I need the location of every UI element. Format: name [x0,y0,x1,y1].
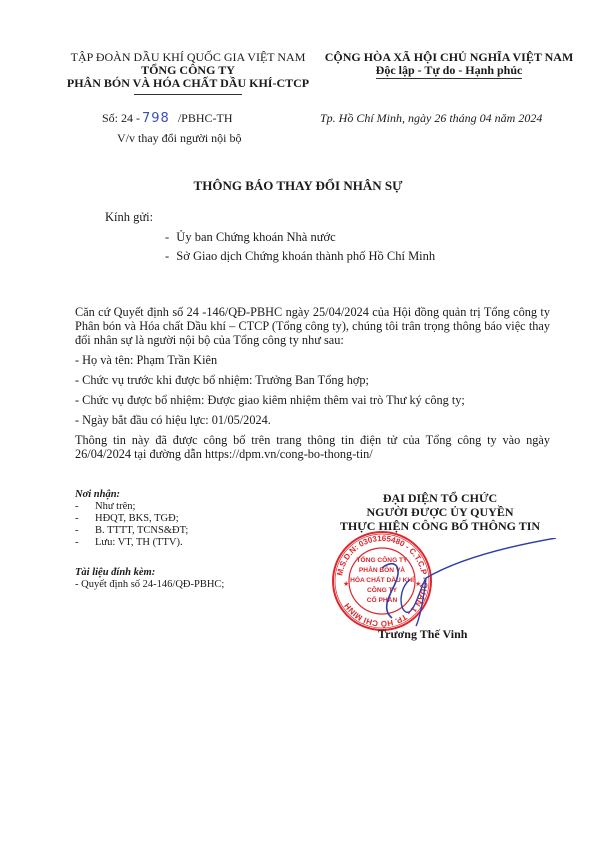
signature-title-line: NGƯỜI ĐƯỢC ỦY QUYỀN [300,505,580,519]
recipient-item: Ủy ban Chứng khoán Nhà nước [165,228,435,247]
attachment-item: - Quyết định số 24-146/QĐ-PBHC; [75,579,224,591]
detail-new-position: - Chức vụ được bổ nhiệm: Được giao kiêm … [75,393,550,407]
document-title: THÔNG BÁO THAY ĐỔI NHÂN SỰ [0,178,596,194]
svg-text:★: ★ [343,580,349,588]
national-header: CỘNG HÒA XÃ HỘI CHỦ NGHĨA VIỆT NAM Độc l… [310,51,588,79]
detail-effective-date: - Ngày bắt đầu có hiệu lực: 01/05/2024. [75,413,550,427]
attachments-heading: Tài liệu đính kèm: [75,567,224,579]
detail-name: - Họ và tên: Phạm Trần Kiên [75,353,550,367]
national-motto: Độc lập - Tự do - Hạnh phúc [376,64,523,79]
subject-line: V/v thay đổi người nội bộ [117,131,242,146]
closing-paragraph: Thông tin này đã được công bố trên trang… [75,433,550,461]
reference-number: Số: 24 -798/PBHC-TH [102,111,233,126]
handwritten-number: 798 [142,111,170,126]
distribution-item: -B. TTTT, TCNS&ĐT; [75,525,188,537]
header-divider [134,94,242,95]
place-date: Tp. Hồ Chí Minh, ngày 26 tháng 04 năm 20… [320,111,542,126]
attachments: Tài liệu đính kèm: - Quyết định số 24-14… [75,567,224,591]
recipient-list: Ủy ban Chứng khoán Nhà nước Sở Giao dịch… [165,228,435,266]
handwritten-signature [380,538,560,628]
intro-paragraph: Căn cứ Quyết định số 24 -146/QĐ-PBHC ngà… [75,305,550,347]
distribution-item: -Lưu: VT, TH (TTV). [75,537,188,549]
reference-prefix: Số: 24 - [102,111,140,125]
body-text: Căn cứ Quyết định số 24 -146/QĐ-PBHC ngà… [75,305,550,461]
salutation: Kính gửi: [105,210,153,225]
signer-name: Trương Thế Vinh [378,627,467,642]
issuer-name: PHÂN BÓN VÀ HÓA CHẤT DẦU KHÍ-CTCP [60,77,316,90]
distribution-heading: Nơi nhận: [75,489,188,501]
reference-suffix: /PBHC-TH [178,111,233,125]
distribution-list: Nơi nhận: -Như trên; -HĐQT, BKS, TGĐ; -B… [75,489,188,549]
recipient-item: Sở Giao dịch Chứng khoán thành phố Hồ Ch… [165,247,435,266]
distribution-item: -Như trên; [75,501,188,513]
distribution-item: -HĐQT, BKS, TGĐ; [75,513,188,525]
signature-block: ĐẠI DIỆN TỔ CHỨC NGƯỜI ĐƯỢC ỦY QUYỀN THỰ… [300,491,580,533]
signature-title-line: ĐẠI DIỆN TỔ CHỨC [300,491,580,505]
detail-previous-position: - Chức vụ trước khi được bổ nhiệm: Trưởn… [75,373,550,387]
issuer-header: TẬP ĐOÀN DẦU KHÍ QUỐC GIA VIỆT NAM TỔNG … [60,51,316,95]
